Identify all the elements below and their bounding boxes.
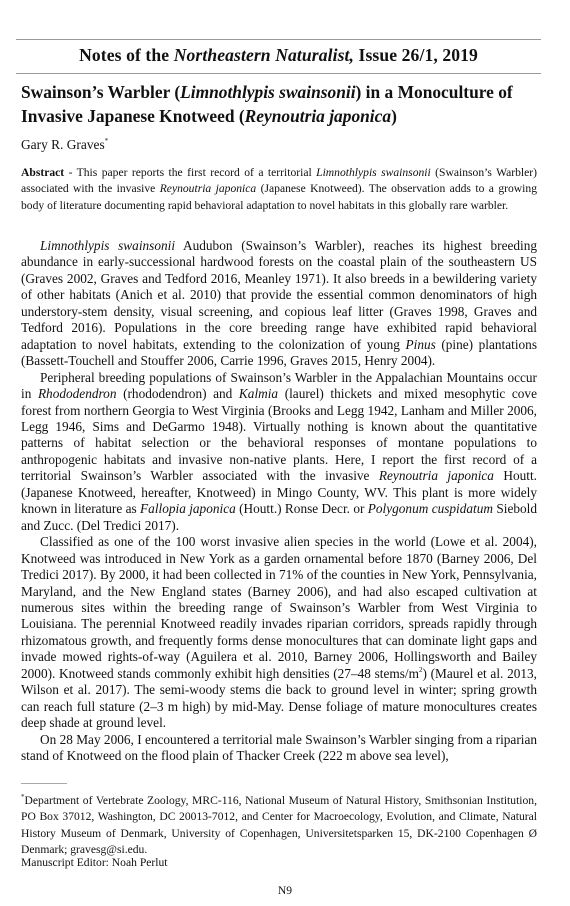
issue-info: Issue 26/1, 2019 — [354, 45, 478, 65]
journal-page: Notes of the Northeastern Naturalist, Is… — [0, 0, 570, 906]
header-top-rule — [16, 39, 541, 40]
author-name: Gary R. Graves — [21, 137, 105, 152]
abstract: Abstract - This paper reports the first … — [21, 165, 537, 214]
abstract-label: Abstract — [21, 166, 64, 179]
journal-name: Northeastern Naturalist, — [174, 45, 354, 65]
body-paragraph-3: Classified as one of the 100 worst invas… — [21, 534, 537, 731]
abstract-text: - This paper reports the first record of… — [21, 166, 537, 212]
footnote-rule — [21, 783, 67, 784]
manuscript-editor: Manuscript Editor: Noah Perlut — [21, 855, 168, 871]
page-number: N9 — [0, 884, 570, 897]
running-head: Notes of the Northeastern Naturalist, Is… — [16, 43, 541, 67]
body-paragraph-1: Limnothlypis swainsonii Audubon (Swainso… — [21, 238, 537, 370]
body-paragraph-4: On 28 May 2006, I encountered a territor… — [21, 732, 537, 765]
running-head-prefix: Notes of the — [79, 45, 174, 65]
footnote-text: Department of Vertebrate Zoology, MRC-11… — [21, 794, 537, 856]
header-bottom-rule — [16, 73, 541, 74]
author-footnote-mark: * — [105, 137, 109, 145]
author-line: Gary R. Graves* — [21, 132, 108, 154]
article-body: Limnothlypis swainsonii Audubon (Swainso… — [21, 238, 537, 765]
body-paragraph-2: Peripheral breeding populations of Swain… — [21, 370, 537, 535]
author-affiliation-footnote: *Department of Vertebrate Zoology, MRC-1… — [21, 789, 537, 859]
article-title: Swainson’s Warbler (Limnothlypis swainso… — [21, 80, 546, 128]
